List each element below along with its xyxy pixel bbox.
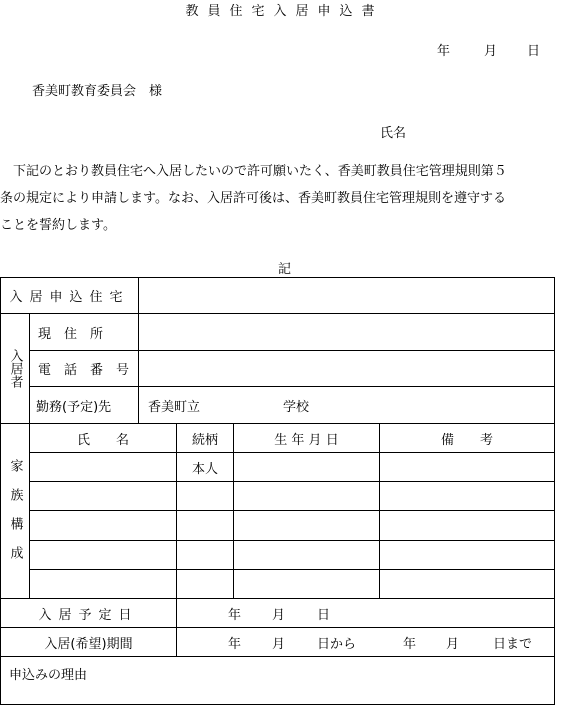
family-group-label: 家族構成 (1, 424, 29, 598)
family-row-2-birthdate[interactable] (234, 482, 379, 510)
date-day-label: 日 (527, 40, 540, 59)
move-in-month: 月 (272, 604, 285, 623)
current-address-label: 現 住 所 (38, 314, 138, 350)
table-border-right (554, 277, 555, 705)
addressee: 香美町教育委員会 様 (32, 80, 162, 99)
period-from-year: 年 (228, 633, 241, 652)
family-row-5-name[interactable] (30, 570, 176, 598)
family-row-1-relation[interactable]: 本人 (177, 453, 233, 481)
statement-line-3: ことを誓約します。 (0, 212, 569, 239)
move-in-date-input[interactable]: 年 月 日 (177, 599, 554, 627)
family-row-3-birthdate[interactable] (234, 511, 379, 540)
period-label: 入居(希望)期間 (1, 628, 176, 656)
family-row-1-remarks[interactable] (380, 453, 554, 481)
family-row-2-remarks[interactable] (380, 482, 554, 510)
move-in-date-label: 入居予定日 (1, 599, 176, 627)
family-header-remarks: 備 考 (380, 424, 554, 452)
move-in-day: 日 (317, 604, 330, 623)
family-header-relation: 続柄 (177, 424, 233, 452)
family-group-text: 家族構成 (6, 459, 25, 575)
family-row-5-birthdate[interactable] (234, 570, 379, 598)
period-from-day: 日から (317, 633, 356, 652)
family-row-4-name[interactable] (30, 541, 176, 569)
current-address-input[interactable] (139, 314, 554, 350)
housing-label: 入居申込住宅 (1, 278, 138, 313)
phone-label: 電 話 番 号 (38, 351, 138, 386)
family-header-name: 氏 名 (30, 424, 176, 452)
ki-heading: 記 (0, 258, 569, 277)
resident-group-label: 入居者 (1, 314, 29, 423)
statement-line-1: 下記のとおり教員住宅へ入居したいので許可願いたく、香美町教員住宅管理規則第５ (0, 158, 569, 185)
application-statement: 下記のとおり教員住宅へ入居したいので許可願いたく、香美町教員住宅管理規則第５ 条… (0, 158, 569, 239)
document-title: 教員住宅入居申込書 (0, 0, 569, 19)
family-row-4-birthdate[interactable] (234, 541, 379, 569)
family-row-1-name[interactable] (30, 453, 176, 481)
period-input[interactable]: 年 月 日から 年 月 日まで (177, 628, 554, 656)
family-row-1-birthdate[interactable] (234, 453, 379, 481)
workplace-suffix: 学校 (283, 396, 309, 415)
reason-input[interactable] (1, 657, 554, 704)
family-row-4-remarks[interactable] (380, 541, 554, 569)
workplace-label: 勤務(予定)先 (36, 387, 138, 423)
period-to-day: 日まで (493, 633, 532, 652)
period-from-month: 月 (272, 633, 285, 652)
statement-line-2: 条の規定により申請します。なお、入居許可後は、香美町教員住宅管理規則を遵守する (0, 185, 569, 212)
housing-input[interactable] (139, 278, 554, 313)
period-to-year: 年 (403, 633, 416, 652)
workplace-input[interactable]: 香美町立 学校 (139, 387, 554, 423)
family-row-3-name[interactable] (30, 511, 176, 540)
row-line (0, 704, 555, 705)
family-row-5-remarks[interactable] (380, 570, 554, 598)
family-row-2-relation[interactable] (177, 482, 233, 510)
family-header-birthdate: 生 年 月 日 (234, 424, 379, 452)
phone-input[interactable] (139, 351, 554, 386)
family-row-3-remarks[interactable] (380, 511, 554, 540)
workplace-prefix: 香美町立 (148, 396, 200, 415)
family-row-4-relation[interactable] (177, 541, 233, 569)
family-row-2-name[interactable] (30, 482, 176, 510)
date-year-label: 年 (437, 40, 450, 59)
move-in-year: 年 (228, 604, 241, 623)
applicant-name-label: 氏名 (380, 122, 406, 141)
period-to-month: 月 (446, 633, 459, 652)
date-month-label: 月 (484, 40, 497, 59)
resident-group-text: 入居者 (9, 349, 22, 388)
family-row-3-relation[interactable] (177, 511, 233, 540)
family-row-5-relation[interactable] (177, 570, 233, 598)
